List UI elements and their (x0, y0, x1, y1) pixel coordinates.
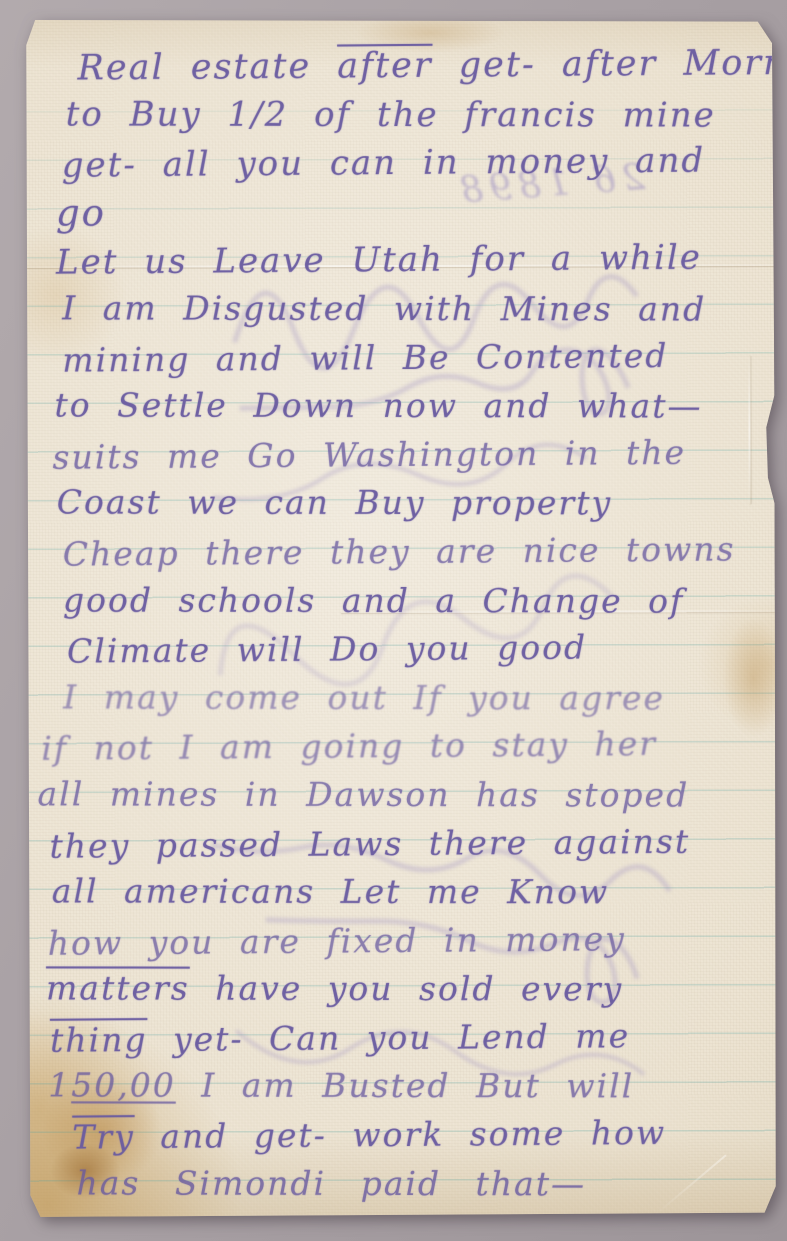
handwriting-line: go (26, 191, 774, 241)
handwriting-line: Real estate after get- after Morris (25, 43, 773, 97)
handwriting-line: Try and get- work some how (28, 1112, 776, 1166)
handwriting-line: all americans Let me Know (28, 871, 776, 921)
handwriting-line: they passed Laws there against (27, 821, 775, 875)
handwriting-line: Cheap there they are nice towns (27, 529, 775, 583)
handwriting-line: Climate will Do you good (27, 626, 775, 680)
handwriting-line: 150,00 I am Busted But will (28, 1066, 776, 1116)
letter-paper: 26 1898 R (25, 18, 776, 1217)
handwriting-line: get- all you can in money and (26, 140, 774, 194)
handwriting-line: matters have you sold every (28, 969, 776, 1019)
handwriting-line: to Settle Down now and what— (26, 386, 774, 436)
photo-mat: 26 1898 R (0, 0, 787, 1241)
letter-body: Real estate after get- after Morristo Bu… (26, 45, 777, 1213)
letter-paper-shadow: 26 1898 R (27, 19, 775, 1216)
handwriting-line: Coast we can Buy property (27, 483, 775, 533)
handwriting-line: suits me Go Washington in the (26, 432, 774, 486)
handwriting-line: has Simondi paid that— (28, 1163, 776, 1213)
handwriting-line: good schools and a Change of (27, 580, 775, 630)
handwriting-line: thing yet- Can you Lend me (28, 1015, 776, 1069)
handwriting-line: if not I am going to stay her (27, 723, 775, 777)
handwriting-line: to Buy 1/2 of the francis mine (26, 94, 774, 144)
handwriting-line: I am Disgusted with Mines and (26, 288, 774, 338)
handwriting-line: how you are fixed in money (28, 918, 776, 972)
handwriting-line: I may come out If you agree (27, 677, 775, 727)
handwriting-line: mining and will Be Contented (26, 335, 774, 389)
handwriting-line: all mines in Dawson has stoped (27, 774, 775, 824)
handwriting-line: Let us Leave Utah for a while (26, 237, 774, 291)
